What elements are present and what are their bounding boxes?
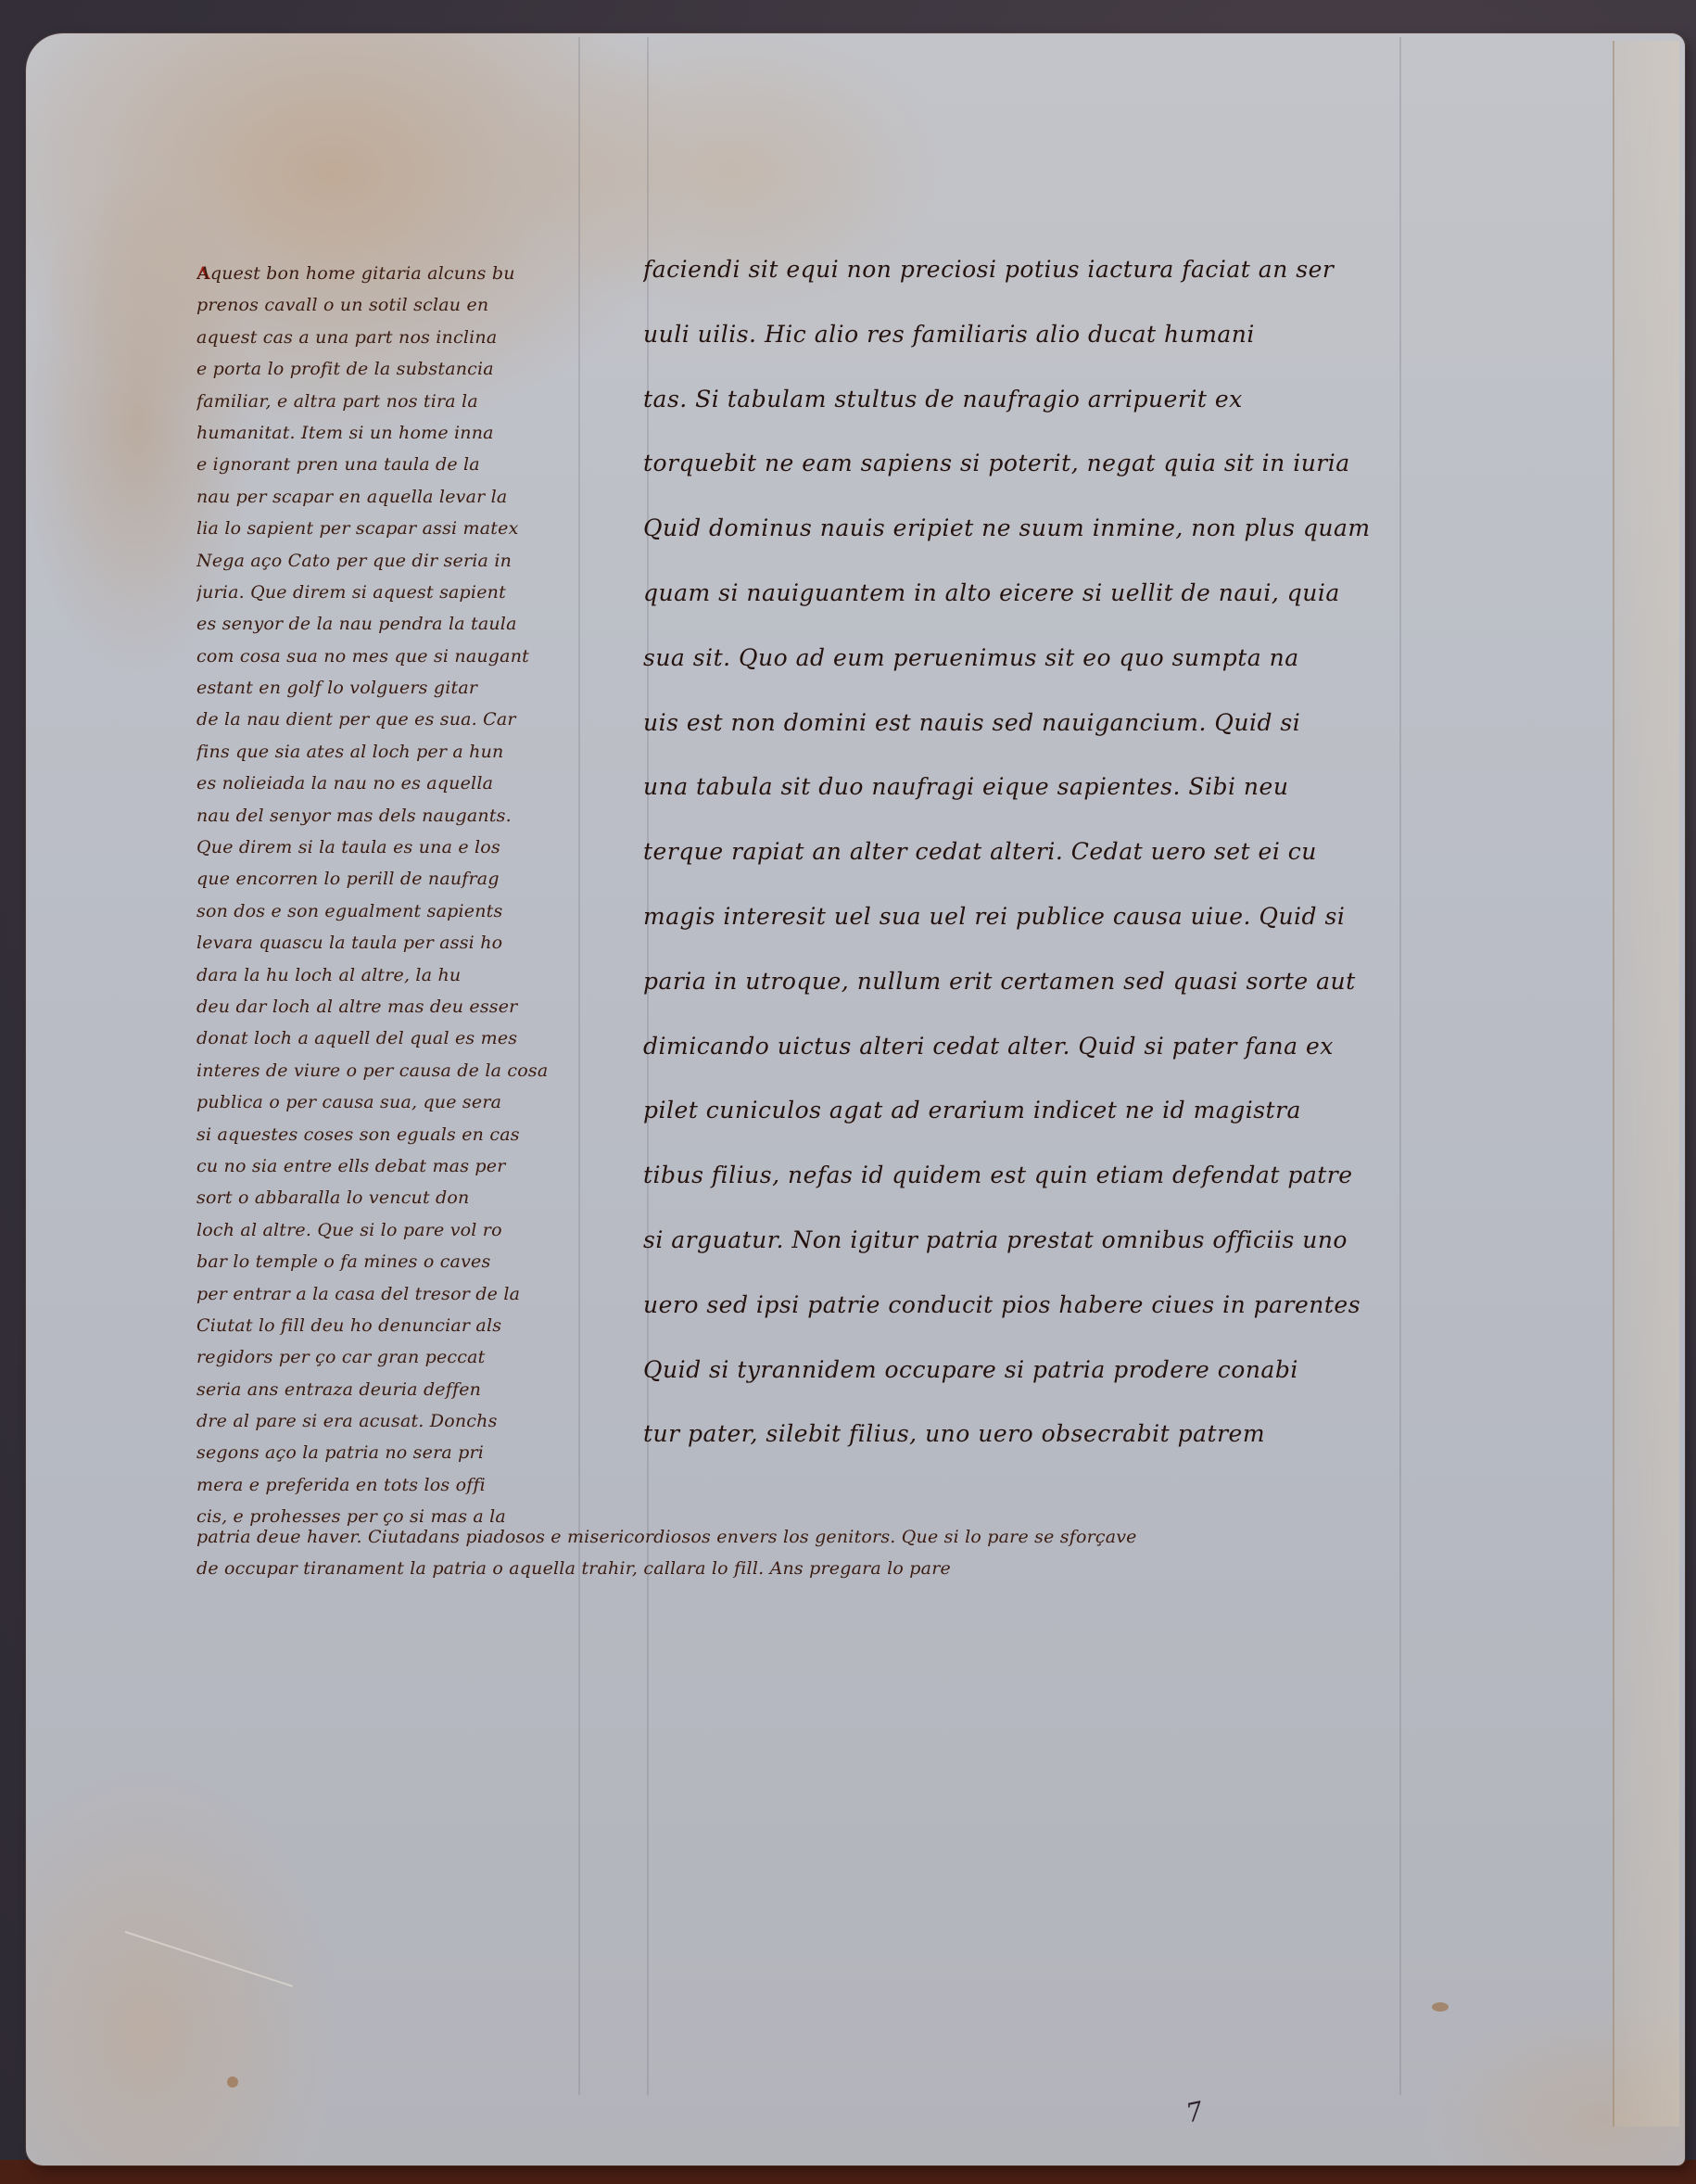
text-line: dimicando uictus alteri cedat alter. Qui…	[643, 1014, 1412, 1079]
text-line: quam si nauiguantem in alto eicere si ue…	[643, 561, 1412, 626]
text-line: magis interesit uel sua uel rei publice …	[643, 884, 1412, 949]
text-line: nau per scapar en aquella levar la	[196, 481, 595, 513]
bottom-catalan-text: patria deue haver. Ciutadans piadosos e …	[196, 1521, 1420, 1585]
text-line: prenos cavall o un sotil sclau en	[196, 289, 595, 321]
text-line: publica o per causa sua, que sera	[196, 1086, 595, 1118]
text-line: uuli uilis. Hic alio res familiaris alio…	[643, 302, 1412, 367]
text-line: tas. Si tabulam stultus de naufragio arr…	[643, 367, 1412, 432]
text-line: Nega aço Cato per que dir seria in	[196, 545, 595, 577]
text-line: torquebit ne eam sapiens si poterit, neg…	[643, 431, 1412, 496]
text-line: estant en golf lo volguers gitar	[196, 672, 595, 704]
text-line: paria in utroque, nullum erit certamen s…	[643, 949, 1412, 1014]
text-line: Quid dominus nauis eripiet ne suum inmin…	[643, 496, 1412, 561]
text-line: dre al pare si era acusat. Donchs	[196, 1405, 595, 1437]
text-line: si aquestes coses son eguals en cas	[196, 1119, 595, 1150]
text-line: e porta lo profit de la substancia	[196, 353, 595, 385]
text-line: de occupar tiranament la patria o aquell…	[196, 1553, 1420, 1584]
text-line: juria. Que direm si aquest sapient	[196, 577, 595, 608]
text-line: tibus filius, nefas id quidem est quin e…	[643, 1143, 1412, 1208]
text-line: per entrar a la casa del tresor de la	[196, 1278, 595, 1310]
text-line: Que direm si la taula es una e los	[196, 832, 595, 863]
text-line: seria ans entraza deuria deffen	[196, 1374, 595, 1405]
text-line: loch al altre. Que si lo pare vol ro	[196, 1214, 595, 1246]
text-line: Quid si tyrannidem occupare si patria pr…	[643, 1338, 1412, 1403]
text-line: familiar, e altra part nos tira la	[196, 386, 595, 417]
text-line: de la nau dient per que es sua. Car	[196, 704, 595, 735]
text-line: fins que sia ates al loch per a hun	[196, 736, 595, 768]
text-line: levara quascu la taula per assi ho	[196, 927, 595, 959]
text-line: patria deue haver. Ciutadans piadosos e …	[196, 1521, 1420, 1553]
foxing-spot	[1432, 2002, 1449, 2012]
text-line: que encorren lo perill de naufrag	[196, 863, 595, 895]
text-line: regidors per ço car gran peccat	[196, 1341, 595, 1373]
text-line: e ignorant pren una taula de la	[196, 449, 595, 480]
text-line: pilet cuniculos agat ad erarium indicet …	[643, 1078, 1412, 1143]
text-line: sua sit. Quo ad eum peruenimus sit eo qu…	[643, 626, 1412, 691]
text-line: humanitat. Item si un home inna	[196, 417, 595, 449]
text-line: AAquest bon home gitaria alcuns bu	[196, 258, 595, 289]
text-line-content: Aquest bon home gitaria alcuns bu	[197, 263, 515, 284]
leaf-right-margin-fold	[1613, 41, 1679, 2127]
text-line: uero sed ipsi patrie conducit pios haber…	[643, 1273, 1412, 1338]
text-line: deu dar loch al altre mas deu esser	[196, 991, 595, 1022]
text-line: interes de viure o per causa de la cosa	[196, 1055, 595, 1086]
text-line: segons aço la patria no sera pri	[196, 1437, 595, 1468]
left-column-catalan-text: AAquest bon home gitaria alcuns bu preno…	[196, 258, 595, 1533]
text-line: terque rapiat an alter cedat alteri. Ced…	[643, 819, 1412, 884]
foxing-spot	[227, 2076, 238, 2088]
text-line: cu no sia entre ells debat mas per	[196, 1150, 595, 1182]
text-line: bar lo temple o fa mines o caves	[196, 1246, 595, 1277]
text-line: es senyor de la nau pendra la taula	[196, 608, 595, 640]
text-line: Ciutat lo fill deu ho denunciar als	[196, 1310, 595, 1341]
text-line: donat loch a aquell del qual es mes	[196, 1022, 595, 1054]
text-line: si arguatur. Non igitur patria prestat o…	[643, 1208, 1412, 1273]
text-line: sort o abbaralla lo vencut don	[196, 1182, 595, 1213]
text-line: nau del senyor mas dels naugants.	[196, 800, 595, 832]
right-column-latin-text: faciendi sit equi non preciosi potius ia…	[643, 237, 1412, 1467]
text-line: lia lo sapient per scapar assi matex	[196, 513, 595, 544]
text-line: com cosa sua no mes que si naugant	[196, 641, 595, 672]
text-line: una tabula sit duo naufragi eique sapien…	[643, 755, 1412, 819]
text-line: mera e preferida en tots los offi	[196, 1469, 595, 1501]
text-line: uis est non domini est nauis sed nauigan…	[643, 691, 1412, 756]
text-line: aquest cas a una part nos inclina	[196, 322, 595, 353]
text-line: tur pater, silebit filius, uno uero obse…	[643, 1402, 1412, 1467]
text-line: es nolieiada la nau no es aquella	[196, 768, 595, 799]
text-line: son dos e son egualment sapients	[196, 895, 595, 927]
text-line: faciendi sit equi non preciosi potius ia…	[643, 237, 1412, 302]
text-line: dara la hu loch al altre, la hu	[196, 959, 595, 991]
